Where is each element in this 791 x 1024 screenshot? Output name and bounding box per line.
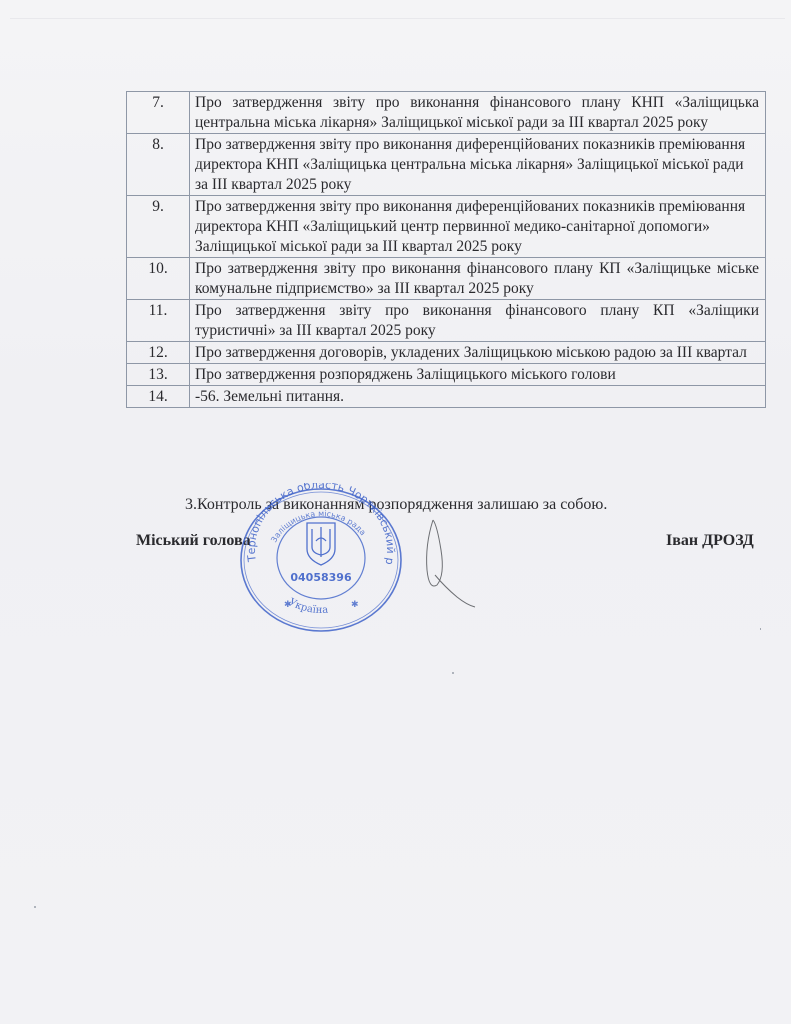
- agenda-row: 13.Про затвердження розпоряджень Заліщиц…: [127, 364, 766, 386]
- agenda-row: 7.Про затвердження звіту про виконання ф…: [127, 92, 766, 134]
- scan-speck: [34, 906, 36, 908]
- agenda-item-number: 8.: [127, 134, 190, 196]
- agenda-row: 14.-56. Земельні питання.: [127, 386, 766, 408]
- agenda-row: 8.Про затвердження звіту про виконання д…: [127, 134, 766, 196]
- agenda-row: 9.Про затвердження звіту про виконання д…: [127, 196, 766, 258]
- agenda-item-number: 13.: [127, 364, 190, 386]
- agenda-item-text: Про затвердження звіту про виконання диф…: [190, 134, 766, 196]
- scan-speck: [452, 672, 454, 674]
- agenda-row: 12.Про затвердження договорів, укладених…: [127, 342, 766, 364]
- agenda-item-text: Про затвердження звіту про виконання фін…: [190, 92, 766, 134]
- agenda-item-text: Про затвердження звіту про виконання диф…: [190, 196, 766, 258]
- agenda-item-number: 10.: [127, 258, 190, 300]
- agenda-row: 11.Про затвердження звіту про виконання …: [127, 300, 766, 342]
- signatory-name: Іван ДРОЗД: [666, 532, 754, 550]
- agenda-item-text: -56. Земельні питання.: [190, 386, 766, 408]
- agenda-item-text: Про затвердження звіту про виконання фін…: [190, 258, 766, 300]
- agenda-item-number: 9.: [127, 196, 190, 258]
- agenda-item-number: 12.: [127, 342, 190, 364]
- agenda-item-number: 11.: [127, 300, 190, 342]
- agenda-item-number: 14.: [127, 386, 190, 408]
- agenda-table: 7.Про затвердження звіту про виконання ф…: [126, 91, 766, 408]
- agenda-item-text: Про затвердження договорів, укладених За…: [190, 342, 766, 364]
- agenda-item-text: Про затвердження звіту про виконання фін…: [190, 300, 766, 342]
- scan-speck: [760, 628, 761, 630]
- agenda-item-text: Про затвердження розпоряджень Заліщицько…: [190, 364, 766, 386]
- control-paragraph: 3.Контроль за виконанням розпорядження з…: [185, 496, 607, 514]
- agenda-row: 10.Про затвердження звіту про виконання …: [127, 258, 766, 300]
- agenda-item-number: 7.: [127, 92, 190, 134]
- signatory-title: Міський голова: [136, 532, 251, 550]
- document-page: 7.Про затвердження звіту про виконання ф…: [0, 0, 791, 1024]
